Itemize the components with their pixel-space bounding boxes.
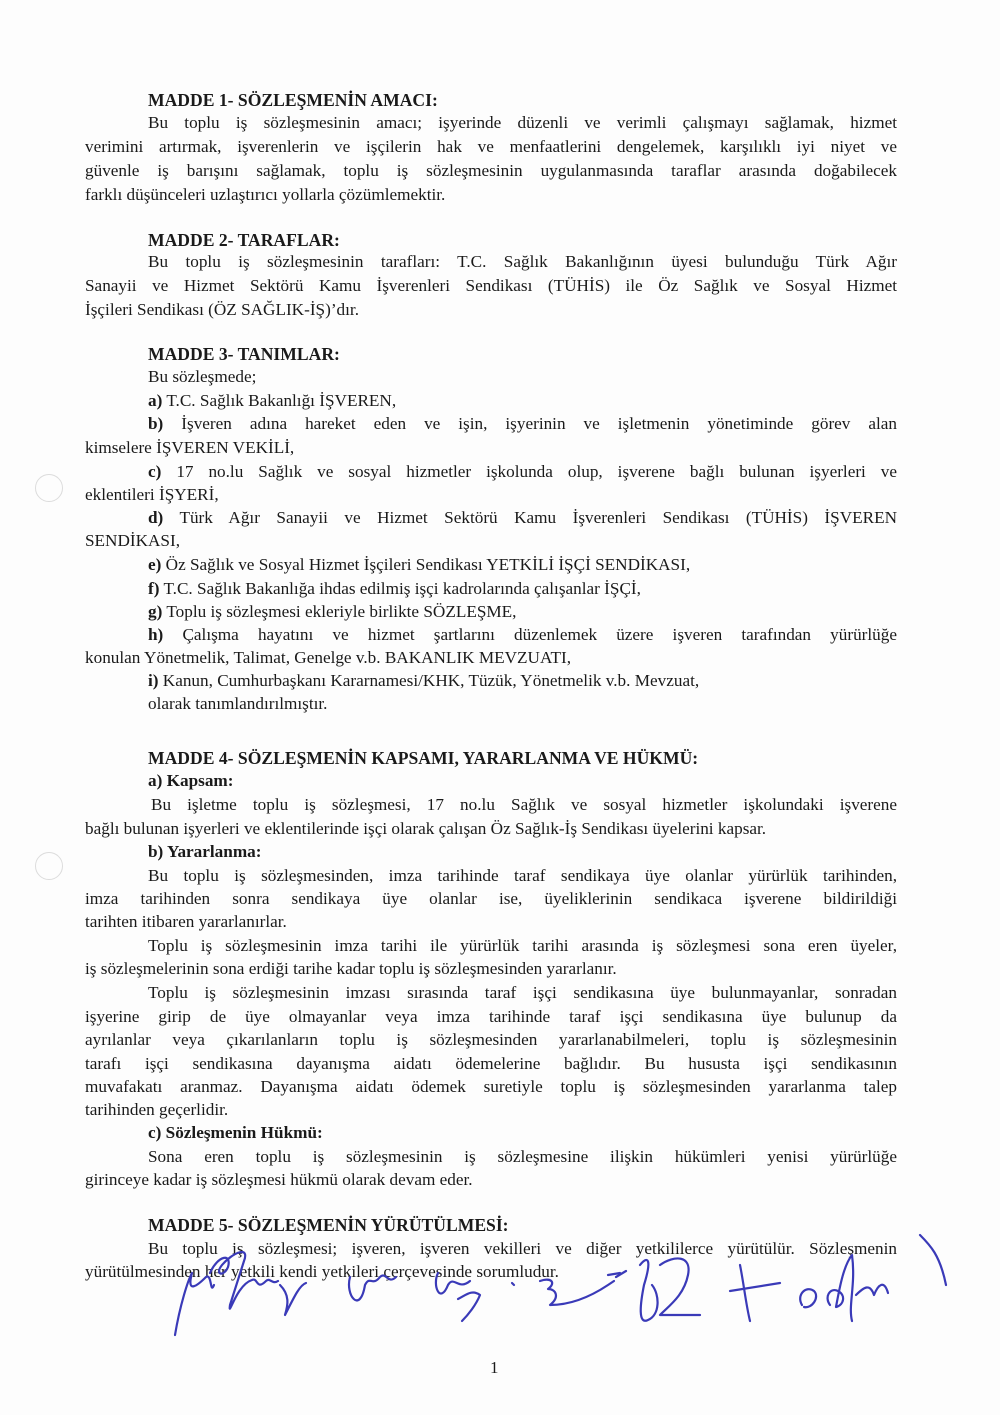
item-letter: b) bbox=[148, 414, 163, 433]
item-text: T.C. Sağlık Bakanlığa ihdas edilmiş işçi… bbox=[163, 579, 640, 598]
section-heading: MADDE 4- SÖZLEŞMENİN KAPSAMI, YARARLANMA… bbox=[148, 747, 897, 769]
definition-item: i) Kanun, Cumhurbaşkanı Kararnamesi/KHK,… bbox=[148, 670, 897, 692]
paragraph-line: Bu toplu iş sözleşmesinden, imza tarihin… bbox=[148, 865, 897, 887]
item-letter: h) bbox=[148, 625, 163, 644]
paragraph-line: iş sözleşmelerinin sona erdiği tarihe ka… bbox=[85, 958, 897, 980]
item-letter: a) bbox=[148, 391, 162, 410]
section-heading: MADDE 2- TARAFLAR: bbox=[148, 229, 897, 251]
page-number: 1 bbox=[490, 1358, 499, 1378]
punch-hole-mark bbox=[35, 852, 63, 880]
paragraph-line: bağlı bulunan işyerleri ve eklentilerind… bbox=[85, 818, 897, 840]
item-text: Kanun, Cumhurbaşkanı Kararnamesi/KHK, Tü… bbox=[163, 671, 699, 690]
section-heading: MADDE 1- SÖZLEŞMENİN AMACI: bbox=[148, 89, 897, 111]
document-page: MADDE 1- SÖZLEŞMENİN AMACI: Bu toplu iş … bbox=[0, 0, 1000, 1415]
paragraph-line: güvenle iş barışını sağlamak, toplu iş s… bbox=[85, 160, 897, 182]
item-text: İşveren adına hareket eden ve işin, işye… bbox=[181, 414, 897, 433]
item-letter: f) bbox=[148, 579, 159, 598]
paragraph-line: SENDİKASI, bbox=[85, 530, 897, 552]
paragraph-line: imza tarihinden sonra sendikaya üye olan… bbox=[85, 888, 897, 910]
item-text: Çalışma hayatını ve hizmet şartlarını dü… bbox=[182, 625, 897, 644]
paragraph-line: ayrılanlar veya çıkarılanların toplu iş … bbox=[85, 1029, 897, 1051]
paragraph-line: Sanayii ve Hizmet Sektörü Kamu İşverenle… bbox=[85, 275, 897, 297]
item-letter: c) bbox=[148, 462, 161, 481]
definition-item: d) Türk Ağır Sanayii ve Hizmet Sektörü K… bbox=[148, 507, 897, 529]
paragraph-line: İşçileri Sendikası (ÖZ SAĞLIK-İŞ)’dır. bbox=[85, 299, 897, 321]
definition-item: a) T.C. Sağlık Bakanlığı İŞVEREN, bbox=[148, 390, 897, 412]
paragraph-line: Bu işletme toplu iş sözleşmesi, 17 no.lu… bbox=[151, 794, 897, 816]
handwritten-signatures bbox=[140, 1225, 980, 1355]
item-text: Toplu iş sözleşmesi ekleriyle birlikte S… bbox=[166, 602, 516, 621]
item-letter: d) bbox=[148, 508, 163, 527]
definition-item: b) İşveren adına hareket eden ve işin, i… bbox=[148, 413, 897, 435]
paragraph-line: girinceye kadar iş sözleşmesi hükmü olar… bbox=[85, 1169, 897, 1191]
definition-item: h) Çalışma hayatını ve hizmet şartlarını… bbox=[148, 624, 897, 646]
definition-item: c) 17 no.lu Sağlık ve sosyal hizmetler i… bbox=[148, 461, 897, 483]
paragraph-line: Bu toplu iş sözleşmesinin amacı; işyerin… bbox=[148, 112, 897, 134]
item-text: Öz Sağlık ve Sosyal Hizmet İşçileri Send… bbox=[166, 555, 690, 574]
paragraph-line: konulan Yönetmelik, Talimat, Genelge v.b… bbox=[85, 647, 897, 669]
paragraph-line: muvafakatı aranmaz. Dayanışma aidatı öde… bbox=[85, 1076, 897, 1098]
item-letter: i) bbox=[148, 671, 159, 690]
punch-hole-mark bbox=[35, 474, 63, 502]
paragraph-line: tarafı işçi sendikasına dayanışma aidatı… bbox=[85, 1053, 897, 1075]
definition-item: f) T.C. Sağlık Bakanlığa ihdas edilmiş i… bbox=[148, 578, 897, 600]
paragraph-line: kimselere İŞVEREN VEKİLİ, bbox=[85, 437, 897, 459]
item-text: 17 no.lu Sağlık ve sosyal hizmetler işko… bbox=[176, 462, 897, 481]
paragraph-line: Bu sözleşmede; bbox=[148, 366, 897, 388]
subsection-title: c) Sözleşmenin Hükmü: bbox=[148, 1122, 897, 1144]
paragraph-line: eklentileri İŞYERİ, bbox=[85, 484, 897, 506]
paragraph-line: Toplu iş sözleşmesinin imzası sırasında … bbox=[148, 982, 897, 1004]
item-letter: g) bbox=[148, 602, 162, 621]
subsection-title: a) Kapsam: bbox=[148, 770, 897, 792]
paragraph-line: olarak tanımlandırılmıştır. bbox=[148, 693, 897, 715]
paragraph-line: işyerine girip de üye olmayanlar veya im… bbox=[85, 1006, 897, 1028]
definition-item: e) Öz Sağlık ve Sosyal Hizmet İşçileri S… bbox=[148, 554, 897, 576]
paragraph-line: Bu toplu iş sözleşmesinin tarafları: T.C… bbox=[148, 251, 897, 273]
paragraph-line: verimini artırmak, işverenlerin ve işçil… bbox=[85, 136, 897, 158]
subsection-title: b) Yararlanma: bbox=[148, 841, 897, 863]
item-letter: e) bbox=[148, 555, 161, 574]
item-text: T.C. Sağlık Bakanlığı İŞVEREN, bbox=[166, 391, 396, 410]
paragraph-line: tarihinden geçerlidir. bbox=[85, 1099, 897, 1121]
paragraph-line: Sona eren toplu iş sözleşmesinin iş sözl… bbox=[148, 1146, 897, 1168]
paragraph-line: farklı düşünceleri uzlaştırıcı yollarla … bbox=[85, 184, 897, 206]
paragraph-line: tarihten itibaren yararlanırlar. bbox=[85, 911, 897, 933]
definition-item: g) Toplu iş sözleşmesi ekleriyle birlikt… bbox=[148, 601, 897, 623]
section-heading: MADDE 3- TANIMLAR: bbox=[148, 343, 897, 365]
paragraph-line: Toplu iş sözleşmesinin imza tarihi ile y… bbox=[148, 935, 897, 957]
item-text: Türk Ağır Sanayii ve Hizmet Sektörü Kamu… bbox=[179, 508, 897, 527]
